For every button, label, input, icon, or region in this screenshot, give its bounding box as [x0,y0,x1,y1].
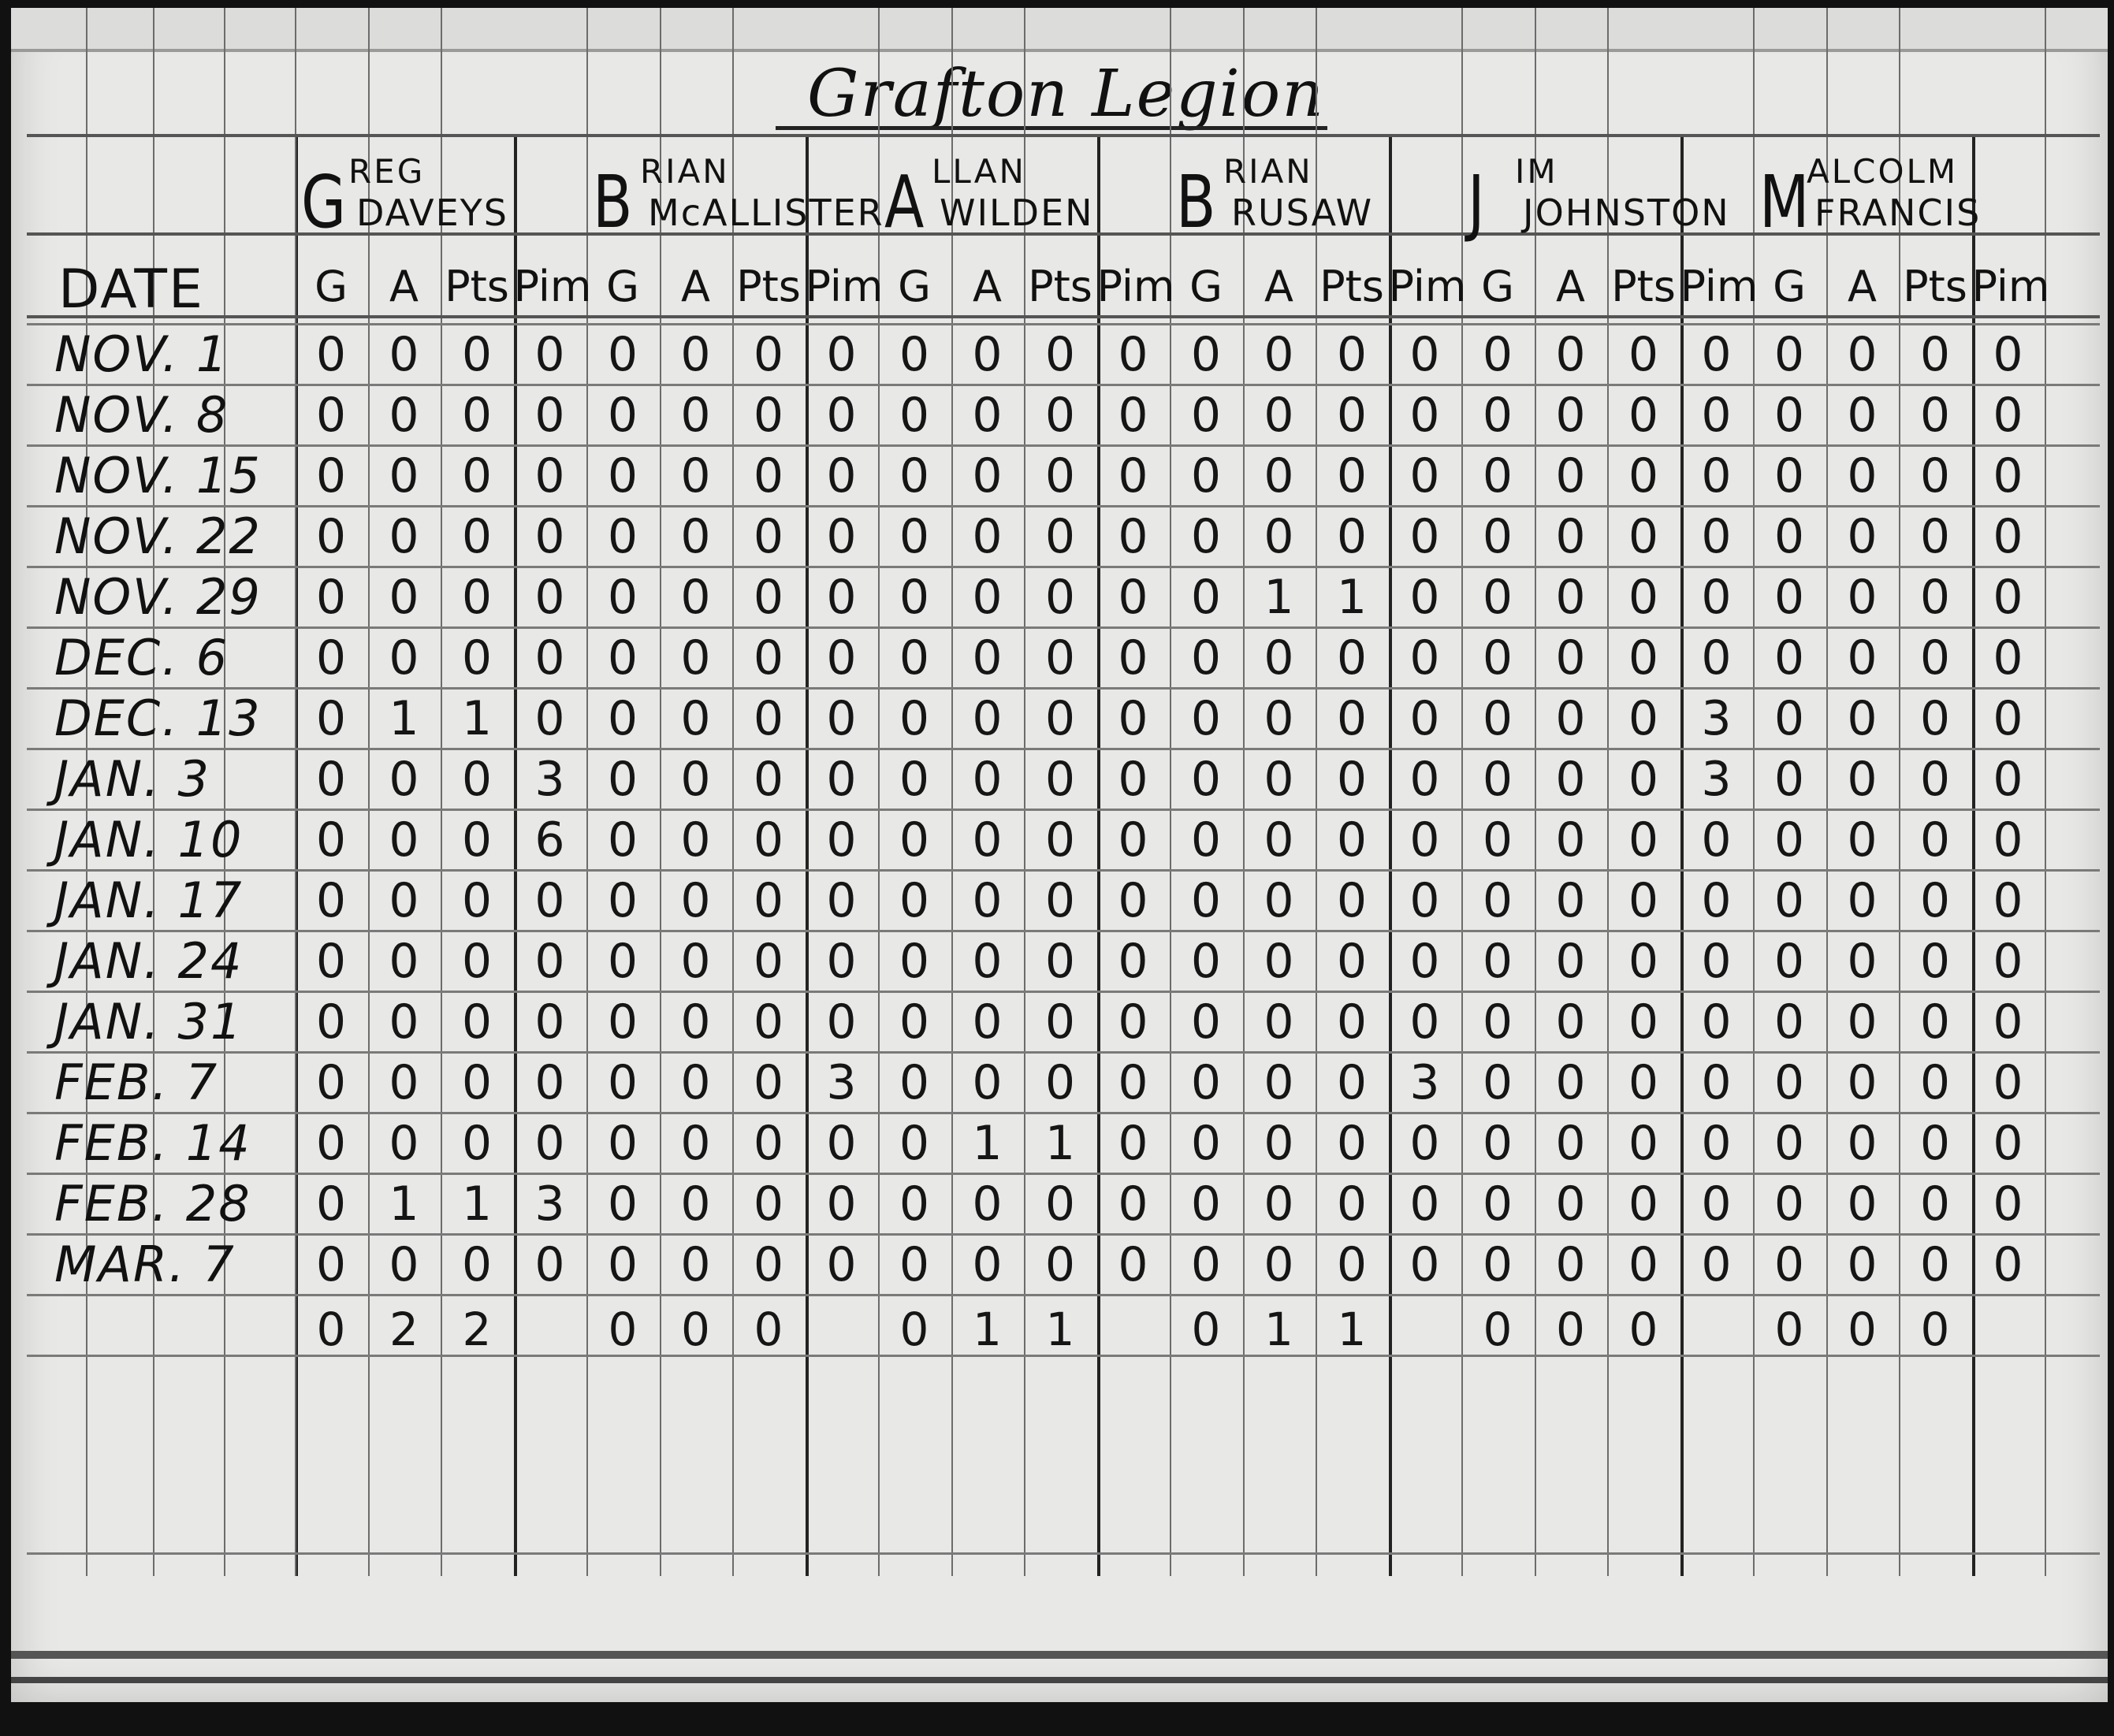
total-cell: 0 [1461,1303,1534,1356]
stat-cell: 0 [806,1237,878,1292]
stat-cell: 0 [586,1116,659,1171]
stat-cell: 0 [951,994,1024,1050]
row-rule [27,1552,2100,1555]
stat-cell: 0 [1461,327,1534,382]
row-rule [27,444,2100,447]
stat-cell: 0 [1024,1237,1096,1292]
stat-cell: 0 [441,388,513,443]
stat-cell: 0 [1753,873,1826,928]
row-rule [27,384,2100,386]
stat-cell: 0 [1170,934,1242,989]
stat-cell: 0 [1170,1116,1242,1171]
stat-cell: 0 [586,1237,659,1292]
stat-cell: 0 [660,934,732,989]
stat-cell: 0 [1243,1237,1316,1292]
stat-cell: 1 [1316,570,1388,625]
total-cell: 0 [878,1303,951,1356]
row-date: MAR. 7 [54,1236,236,1293]
stat-subheader: Pim [1680,262,1753,311]
stat-cell: 0 [368,1237,441,1292]
stat-cell: 0 [1243,509,1316,564]
total-cell: 0 [1607,1303,1680,1356]
stat-cell: 0 [1170,570,1242,625]
player-initial-name: A [884,160,924,244]
stat-cell: 0 [1024,934,1096,989]
stat-cell: 0 [1607,873,1680,928]
stat-cell: 0 [1243,1055,1316,1110]
total-cell: 0 [1535,1303,1607,1356]
stat-cell: 0 [1535,994,1607,1050]
stat-cell: 0 [1316,388,1388,443]
stat-cell: 0 [1535,630,1607,686]
stat-cell: 0 [1243,934,1316,989]
stat-cell: 0 [1461,630,1534,686]
stat-cell: 0 [1170,752,1242,807]
row-date: JAN. 24 [54,932,243,990]
stat-cell: 0 [1024,1055,1096,1110]
stat-cell: 0 [732,873,805,928]
stat-cell: 0 [1826,388,1899,443]
stat-cell: 0 [1753,934,1826,989]
stat-cell: 0 [1097,873,1170,928]
stat-subheader: G [878,262,951,311]
stat-cell: 0 [1535,1237,1607,1292]
stat-cell: 0 [1753,570,1826,625]
stat-cell: 0 [1753,1237,1826,1292]
stat-cell: 0 [1607,327,1680,382]
stat-cell: 0 [1535,934,1607,989]
total-cell: 1 [1024,1303,1096,1356]
stat-cell: 0 [586,873,659,928]
stat-cell: 0 [368,1055,441,1110]
binding-strip [11,8,2108,52]
stat-cell: 0 [660,691,732,746]
stat-cell: 0 [1826,994,1899,1050]
stat-cell: 0 [1170,327,1242,382]
stat-cell: 0 [1899,934,1971,989]
row-date: NOV. 8 [54,386,229,444]
stat-cell: 0 [1024,509,1096,564]
stat-cell: 0 [1024,388,1096,443]
stat-cell: 0 [1316,1177,1388,1232]
stat-cell: 0 [368,388,441,443]
stat-cell: 0 [1243,327,1316,382]
player-initial-name: B [1176,160,1216,244]
stat-cell: 0 [1243,812,1316,868]
stat-cell: 0 [1535,327,1607,382]
row-date: NOV. 22 [54,507,262,565]
stat-cell: 0 [1461,1177,1534,1232]
total-cell: 0 [1899,1303,1971,1356]
stat-cell: 0 [1899,752,1971,807]
stat-cell: 1 [1243,570,1316,625]
stat-subheader: A [1535,262,1607,311]
stat-cell: 0 [295,570,367,625]
stat-cell: 0 [732,327,805,382]
stat-cell: 0 [441,509,513,564]
row-rule [27,748,2100,750]
stat-cell: 0 [951,509,1024,564]
row-rule [27,505,2100,507]
stat-cell: 0 [1826,1116,1899,1171]
stat-cell: 0 [295,630,367,686]
stat-cell: 0 [1899,509,1971,564]
stat-cell: 0 [1972,691,2045,746]
stat-cell: 0 [586,388,659,443]
stat-cell: 0 [295,327,367,382]
stat-cell: 0 [586,812,659,868]
column-rule [2045,8,2046,1576]
stat-cell: 0 [514,509,586,564]
stat-cell: 0 [732,570,805,625]
stat-cell: 0 [295,1116,367,1171]
stat-cell: 0 [1607,752,1680,807]
player-first-name: REG [348,152,425,191]
stat-cell: 0 [1899,448,1971,504]
stat-cell: 0 [1753,691,1826,746]
stat-cell: 0 [1826,1055,1899,1110]
stat-cell: 0 [586,509,659,564]
row-rule [27,1173,2100,1175]
stat-cell: 0 [1607,812,1680,868]
stat-cell: 0 [1389,812,1461,868]
stat-cell: 0 [660,570,732,625]
stat-cell: 0 [1461,509,1534,564]
stat-cell: 0 [1753,388,1826,443]
stat-cell: 0 [1899,630,1971,686]
stat-cell: 0 [1461,691,1534,746]
stat-cell: 0 [1316,812,1388,868]
stat-cell: 0 [1024,994,1096,1050]
stat-cell: 0 [1389,691,1461,746]
stat-cell: 0 [586,752,659,807]
stat-cell: 6 [514,812,586,868]
stat-cell: 0 [1243,1116,1316,1171]
player-first-name: ALCOLM [1807,152,1958,191]
stat-cell: 0 [660,630,732,686]
stat-cell: 0 [295,691,367,746]
stat-cell: 0 [1316,448,1388,504]
stat-cell: 0 [878,994,951,1050]
stat-cell: 0 [1680,388,1753,443]
stat-cell: 0 [951,448,1024,504]
stat-cell: 0 [1389,630,1461,686]
stat-cell: 0 [1461,388,1534,443]
stat-cell: 0 [1461,994,1534,1050]
stat-cell: 0 [1607,570,1680,625]
stat-cell: 0 [514,448,586,504]
stat-cell: 0 [1170,1237,1242,1292]
stat-cell: 0 [1826,570,1899,625]
stat-cell: 0 [732,509,805,564]
stat-cell: 0 [951,570,1024,625]
stat-cell: 0 [441,327,513,382]
stat-cell: 0 [514,570,586,625]
row-rule [27,566,2100,568]
stat-cell: 0 [878,752,951,807]
stat-subheader: Pts [441,262,513,311]
total-cell: 1 [951,1303,1024,1356]
stat-cell: 0 [1097,691,1170,746]
player-initial-name: M [1759,160,1810,244]
player-header: BRIANRUSAW [1176,146,1460,232]
stat-cell: 0 [1607,691,1680,746]
stat-cell: 0 [1899,1116,1971,1171]
row-rule [27,687,2100,690]
stat-cell: 0 [951,1237,1024,1292]
stat-cell: 0 [1680,448,1753,504]
stat-cell: 0 [1316,1055,1388,1110]
stat-cell: 0 [1170,1055,1242,1110]
stat-cell: 0 [1097,509,1170,564]
stat-cell: 0 [1607,994,1680,1050]
stat-cell: 0 [660,873,732,928]
stat-subheader: G [295,262,367,311]
row-rule [27,809,2100,811]
stat-cell: 0 [878,934,951,989]
stat-cell: 0 [1680,812,1753,868]
stat-cell: 0 [1972,1055,2045,1110]
player-last-name: RUSAW [1231,191,1373,234]
row-rule [27,869,2100,872]
stat-cell: 0 [1389,388,1461,443]
stat-subheader: Pts [732,262,805,311]
stat-cell: 0 [514,934,586,989]
stat-cell: 0 [1461,570,1534,625]
player-initial-name: G [301,160,346,244]
stat-cell: 0 [1753,509,1826,564]
stat-subheader: Pts [1316,262,1388,311]
stat-cell: 0 [441,934,513,989]
stat-cell: 0 [1753,1055,1826,1110]
stat-cell: 0 [1607,1055,1680,1110]
total-cell: 0 [295,1303,367,1356]
stat-subheader: A [951,262,1024,311]
player-last-name: WILDEN [940,191,1094,234]
stat-cell: 0 [1389,570,1461,625]
row-rule [27,1051,2100,1054]
stat-cell: 0 [295,509,367,564]
player-first-name: IM [1515,152,1558,191]
stat-cell: 0 [1826,1177,1899,1232]
stat-cell: 0 [1680,1116,1753,1171]
stat-cell: 0 [732,994,805,1050]
stat-cell: 0 [1753,994,1826,1050]
stat-cell: 0 [660,448,732,504]
stat-cell: 1 [441,691,513,746]
title-underline [776,126,1327,130]
stat-cell: 0 [1972,570,2045,625]
stat-cell: 0 [1535,873,1607,928]
stat-cell: 0 [1461,752,1534,807]
stat-cell: 0 [1097,994,1170,1050]
player-last-name: JOHNSTON [1523,191,1730,234]
stat-cell: 0 [1899,388,1971,443]
stat-cell: 0 [295,1055,367,1110]
stat-cell: 0 [1461,812,1534,868]
page-bottom-rule-2 [11,1677,2108,1683]
stat-cell: 0 [295,812,367,868]
stat-cell: 0 [1389,327,1461,382]
stat-cell: 0 [1899,691,1971,746]
stat-cell: 0 [1826,1237,1899,1292]
total-cell: 2 [441,1303,513,1356]
stat-cell: 0 [1243,630,1316,686]
stat-cell: 0 [1097,1116,1170,1171]
stat-cell: 0 [660,812,732,868]
stat-cell: 0 [1535,1055,1607,1110]
stat-cell: 0 [878,327,951,382]
stat-cell: 0 [1243,994,1316,1050]
stat-cell: 0 [441,812,513,868]
stat-cell: 0 [441,873,513,928]
stat-cell: 0 [1899,994,1971,1050]
player-header: BRIANMcALLISTER [593,146,876,232]
stat-cell: 0 [441,570,513,625]
stat-cell: 0 [806,388,878,443]
stat-cell: 0 [1316,873,1388,928]
stat-cell: 0 [586,630,659,686]
stat-subheader: Pim [514,262,586,311]
stat-cell: 0 [806,630,878,686]
stat-cell: 3 [514,752,586,807]
row-rule [27,626,2100,629]
stat-cell: 0 [1389,509,1461,564]
stat-cell: 0 [1535,509,1607,564]
stat-cell: 0 [441,1116,513,1171]
stat-cell: 0 [1753,630,1826,686]
total-cell: 0 [1826,1303,1899,1356]
stat-cell: 0 [1535,752,1607,807]
player-header: GREGDAVEYS [301,146,585,232]
stat-cell: 0 [1389,994,1461,1050]
stat-cell: 3 [806,1055,878,1110]
stat-cell: 0 [951,630,1024,686]
stat-cell: 0 [1972,994,2045,1050]
stat-cell: 0 [1972,630,2045,686]
stat-cell: 0 [368,630,441,686]
stat-cell: 0 [1024,812,1096,868]
stat-cell: 0 [368,994,441,1050]
stat-cell: 0 [1972,1116,2045,1171]
row-date: JAN. 3 [54,750,210,808]
stat-cell: 0 [806,509,878,564]
stat-cell: 0 [1243,1177,1316,1232]
stat-cell: 0 [1899,1177,1971,1232]
stat-cell: 0 [1535,1116,1607,1171]
stat-cell: 0 [1389,752,1461,807]
stat-cell: 0 [1170,873,1242,928]
stat-cell: 3 [1680,752,1753,807]
stat-cell: 0 [1024,327,1096,382]
stat-subheader: A [368,262,441,311]
stat-cell: 0 [1097,327,1170,382]
stat-cell: 0 [1680,1237,1753,1292]
player-initial-name: B [593,160,633,244]
stat-cell: 0 [1535,691,1607,746]
stat-cell: 0 [368,812,441,868]
stat-cell: 0 [514,691,586,746]
stat-subheader: A [660,262,732,311]
stat-cell: 0 [660,1237,732,1292]
stat-cell: 0 [514,327,586,382]
stat-cell: 0 [1607,509,1680,564]
stat-cell: 0 [1316,630,1388,686]
stat-cell: 3 [1389,1055,1461,1110]
row-rule [27,134,2100,137]
stat-cell: 0 [878,388,951,443]
stat-cell: 0 [295,1237,367,1292]
stat-cell: 0 [441,1237,513,1292]
stat-cell: 0 [1826,934,1899,989]
stat-cell: 0 [1826,630,1899,686]
row-date: FEB. 28 [54,1175,251,1232]
stat-subheader: G [1461,262,1534,311]
stat-cell: 0 [878,1177,951,1232]
stat-cell: 0 [1389,1177,1461,1232]
stat-cell: 0 [514,1116,586,1171]
total-cell: 1 [1316,1303,1388,1356]
stat-cell: 0 [1535,1177,1607,1232]
total-cell: 1 [1243,1303,1316,1356]
stat-cell: 0 [878,630,951,686]
stat-cell: 0 [1680,327,1753,382]
stat-cell: 0 [514,1055,586,1110]
row-rule [27,1233,2100,1236]
stat-cell: 0 [1170,509,1242,564]
stat-cell: 0 [1097,388,1170,443]
stat-cell: 0 [1243,873,1316,928]
stat-cell: 0 [295,752,367,807]
column-rule [224,8,225,1576]
stat-cell: 0 [1753,1177,1826,1232]
stat-cell: 0 [1097,1177,1170,1232]
stat-cell: 0 [806,994,878,1050]
stat-cell: 0 [1097,812,1170,868]
stat-cell: 0 [441,448,513,504]
stat-cell: 0 [1899,1055,1971,1110]
stat-cell: 0 [951,691,1024,746]
stat-cell: 0 [1243,388,1316,443]
stat-cell: 0 [1680,509,1753,564]
stat-cell: 0 [1753,327,1826,382]
stat-cell: 0 [878,812,951,868]
stat-cell: 0 [732,934,805,989]
stat-cell: 0 [1535,448,1607,504]
player-last-name: DAVEYS [356,191,508,234]
stat-cell: 0 [806,570,878,625]
stat-cell: 0 [1972,873,2045,928]
stat-cell: 0 [1899,1237,1971,1292]
stat-cell: 0 [878,1237,951,1292]
stat-cell: 0 [1972,1177,2045,1232]
stat-cell: 0 [1316,1237,1388,1292]
stat-cell: 0 [586,327,659,382]
stat-cell: 0 [1316,1116,1388,1171]
stat-cell: 0 [1389,934,1461,989]
row-rule [27,315,2100,318]
stat-cell: 0 [1535,388,1607,443]
player-last-name: FRANCIS [1814,191,1981,234]
stat-cell: 0 [732,1116,805,1171]
stat-cell: 0 [1461,1237,1534,1292]
stat-cell: 0 [951,873,1024,928]
stat-cell: 0 [586,1177,659,1232]
stat-cell: 0 [1680,994,1753,1050]
stat-cell: 3 [1680,691,1753,746]
stat-cell: 0 [1607,388,1680,443]
stat-cell: 1 [1024,1116,1096,1171]
